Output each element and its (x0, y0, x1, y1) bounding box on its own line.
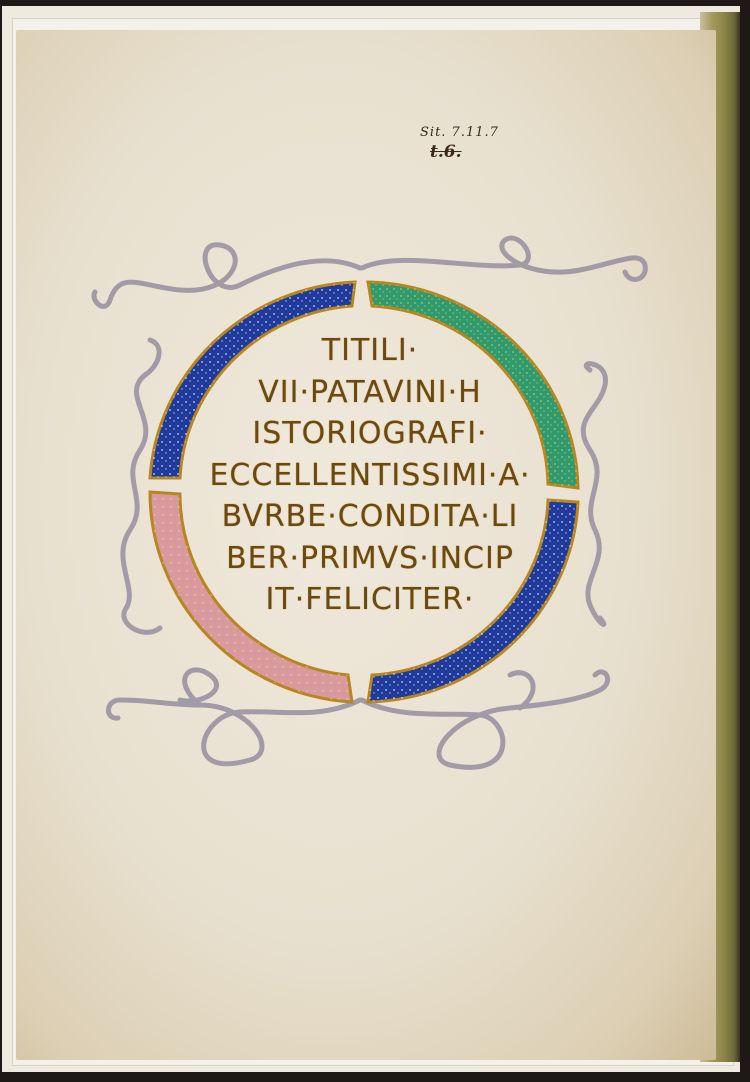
incipit-line: TITILI· (190, 330, 550, 372)
incipit-line: BVRBE·CONDITA·LI (190, 496, 550, 538)
incipit-text: TITILI· VII·PATAVINI·H ISTORIOGRAFI· ECC… (190, 330, 550, 621)
incipit-line: VII·PATAVINI·H (190, 372, 550, 414)
incipit-line: ECCELLENTISSIMI·A· (190, 455, 550, 497)
incipit-line: ISTORIOGRAFI· (190, 413, 550, 455)
incipit-line: BER·PRIMVS·INCIP (190, 538, 550, 580)
incipit-line: IT·FELICITER· (190, 579, 550, 621)
